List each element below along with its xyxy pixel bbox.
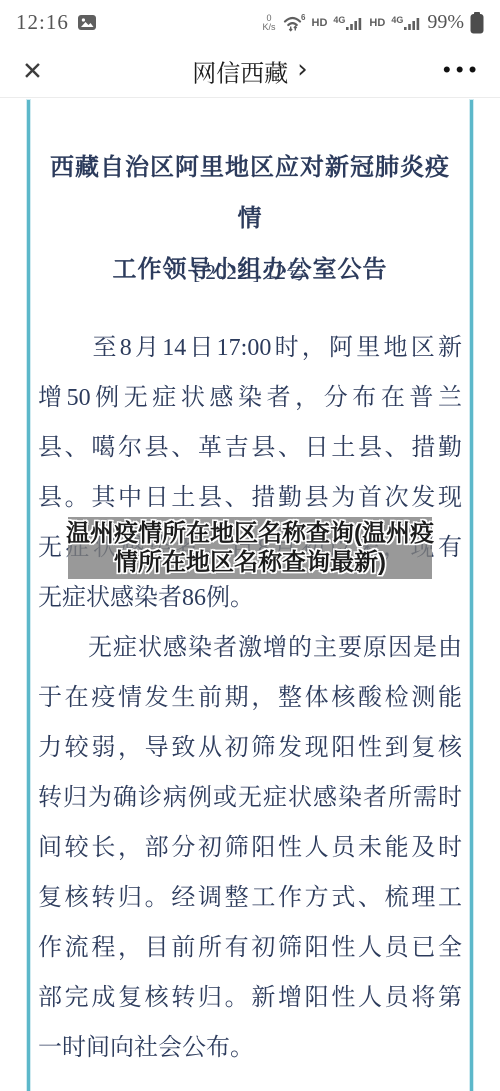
text-line: 至8月14日17:00时，阿里地区新: [38, 323, 462, 373]
text-line: 力较弱，导致从初筛发现阳性到复核: [38, 723, 462, 773]
close-icon[interactable]: ✕: [22, 59, 43, 84]
signal-sim2-icon: 4G: [391, 16, 421, 30]
status-bar: 12:16 0 K/s 6 HD 4G: [0, 0, 500, 45]
battery-icon: [470, 12, 484, 34]
paragraph-2: 无症状感染者激增的主要原因是由于在疫情发生前期，整体核酸检测能力较弱，导致从初筛…: [38, 623, 462, 1073]
battery-percent: 99%: [427, 11, 464, 34]
text-line: 情所在地区名称查询最新): [114, 548, 386, 577]
text-line: 部完成复核转归。新增阳性人员将第: [38, 973, 462, 1023]
clock: 12:16: [16, 10, 69, 35]
chevron-right-icon: ›: [297, 54, 307, 84]
network-type-label: 4G: [333, 15, 345, 25]
nav-bar: ✕ 网信西藏 › •••: [0, 45, 500, 98]
screenshot-image-icon: [78, 15, 96, 30]
text-line: 县。其中日土县、措勤县为首次发现: [38, 473, 462, 523]
notice-body: 至8月14日17:00时，阿里地区新增50例无症状感染者，分布在普兰县、噶尔县、…: [38, 323, 462, 1073]
page-border-right: [470, 100, 473, 1091]
text-line: 作流程，目前所有初筛阳性人员已全: [38, 923, 462, 973]
watermark-overlay: 温州疫情所在地区名称查询(温州疫情所在地区名称查询最新): [68, 517, 432, 579]
text-line: 转归为确诊病例或无症状感染者所需时: [38, 773, 462, 823]
text-line: 于在疫情发生前期，整体核酸检测能: [38, 673, 462, 723]
network-speed: 0 K/s: [263, 14, 276, 32]
text-line: 间较长，部分初筛阳性人员未能及时: [38, 823, 462, 873]
svg-text:6: 6: [301, 13, 306, 22]
volte-hd-icon-2: HD: [369, 17, 385, 29]
page-border-left: [27, 100, 30, 1091]
text-line: 增50例无症状感染者，分布在普兰: [38, 373, 462, 423]
text-line: 温州疫情所在地区名称查询(温州疫: [66, 519, 434, 548]
network-type-label-2: 4G: [391, 15, 403, 25]
wifi-icon: 6: [282, 13, 306, 32]
text-line: 复核转归。经调整工作方式、梳理工: [38, 873, 462, 923]
notice-number: [ 2022 ] 12号: [38, 247, 462, 297]
page-title: 网信西藏: [192, 54, 288, 89]
net-speed-unit: K/s: [263, 23, 276, 32]
volte-hd-icon: HD: [312, 17, 328, 29]
text-line: 西藏自治区阿里地区应对新冠肺炎疫情: [38, 143, 462, 245]
more-menu-icon[interactable]: •••: [441, 61, 480, 81]
status-indicators: 0 K/s 6 HD 4G HD 4G: [263, 11, 485, 34]
account-title-link[interactable]: 网信西藏 ›: [192, 54, 307, 89]
text-line: 无症状感染者激增的主要原因是由: [38, 623, 462, 673]
text-line: 一时间向社会公布。: [38, 1023, 462, 1073]
text-line: 无症状感染者86例。: [38, 573, 462, 623]
text-line: 县、噶尔县、革吉县、日土县、措勤: [38, 423, 462, 473]
signal-sim1-icon: 4G: [333, 16, 363, 30]
